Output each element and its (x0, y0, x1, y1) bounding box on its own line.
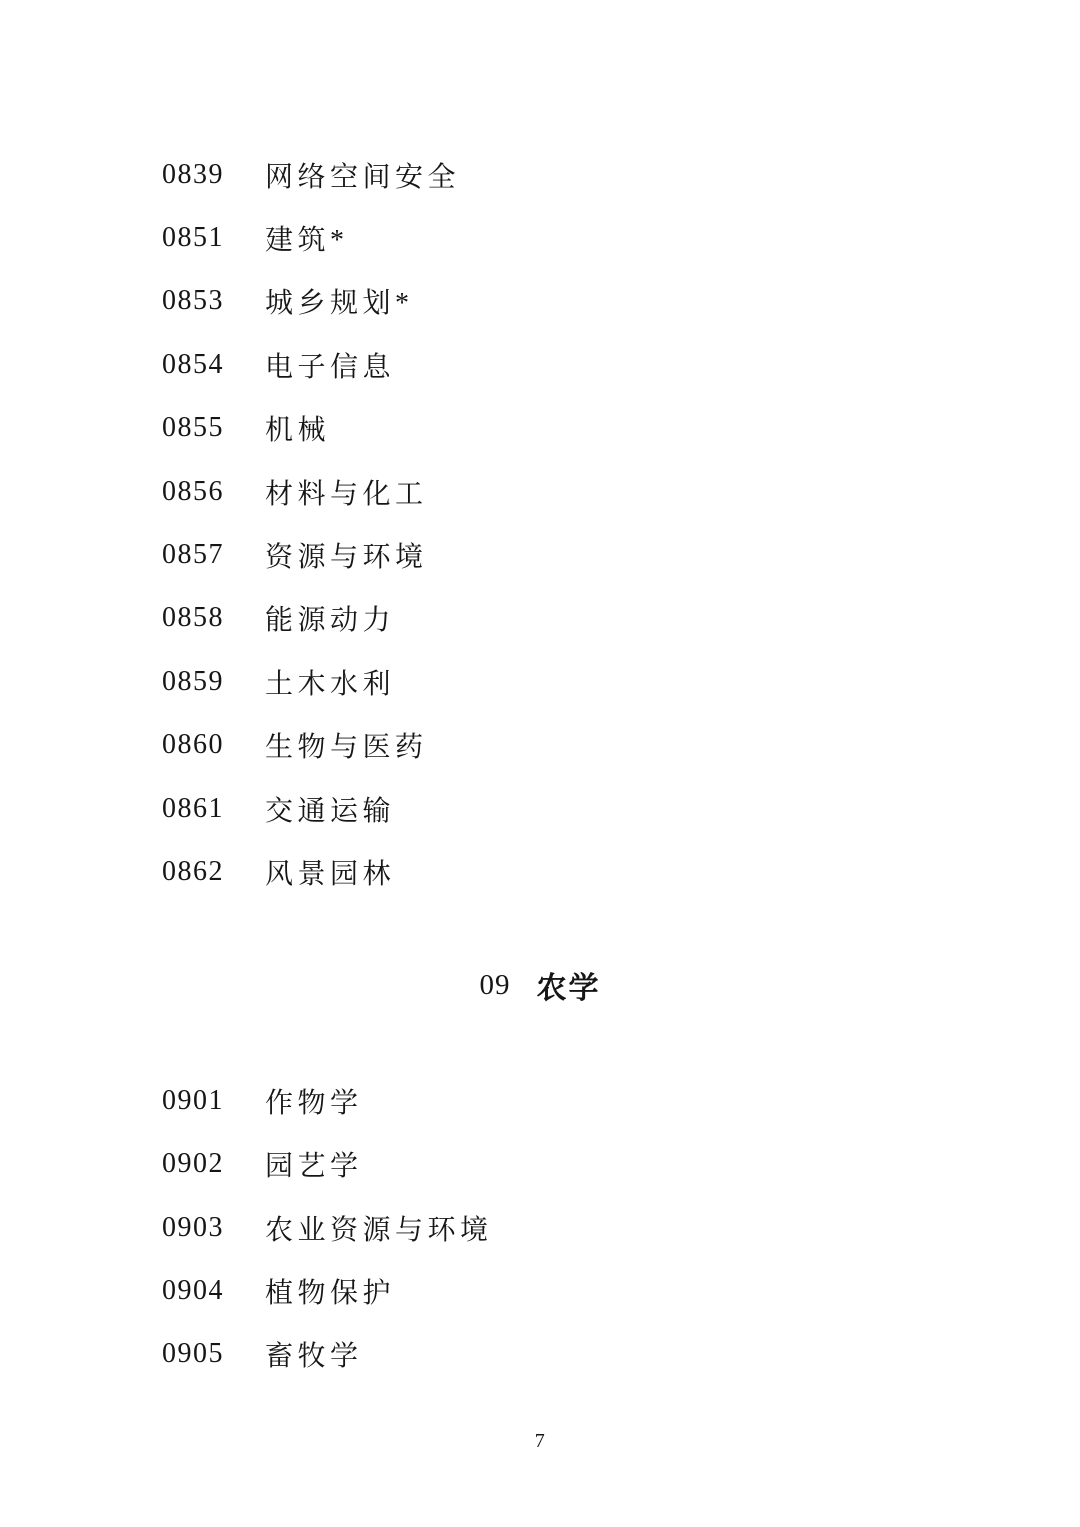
discipline-code: 0856 (162, 476, 265, 508)
discipline-code: 0857 (162, 539, 265, 571)
discipline-code: 0858 (162, 602, 265, 634)
discipline-row: 0902 园艺学 (0, 1132, 1080, 1195)
discipline-row: 0854 电子信息 (0, 333, 1080, 396)
section-heading-code: 09 (480, 969, 511, 1002)
section-heading-title: 农学 (537, 963, 601, 1007)
discipline-row: 0903 农业资源与环境 (0, 1196, 1080, 1259)
discipline-row: 0855 机械 (0, 397, 1080, 460)
discipline-title: 城乡规划* (265, 281, 414, 321)
section-heading: 09 农学 (0, 954, 1080, 1017)
discipline-title: 能源动力 (265, 598, 395, 638)
discipline-row: 0856 材料与化工 (0, 460, 1080, 523)
discipline-title: 机械 (265, 408, 330, 448)
discipline-code: 0839 (162, 159, 265, 191)
discipline-code: 0854 (162, 349, 265, 381)
discipline-title: 植物保护 (265, 1271, 395, 1311)
discipline-row: 0901 作物学 (0, 1069, 1080, 1132)
discipline-title: 生物与医药 (265, 725, 428, 765)
discipline-code: 0902 (162, 1148, 265, 1180)
discipline-code: 0904 (162, 1275, 265, 1307)
discipline-title: 农业资源与环境 (265, 1208, 493, 1248)
discipline-code: 0860 (162, 729, 265, 761)
discipline-row: 0861 交通运输 (0, 777, 1080, 840)
page-content: 0839 网络空间安全 0851 建筑* 0853 城乡规划* 0854 电子信… (0, 0, 1080, 1456)
discipline-title: 风景园林 (265, 852, 395, 892)
discipline-row: 0839 网络空间安全 (0, 143, 1080, 206)
discipline-row: 0851 建筑* (0, 206, 1080, 269)
discipline-list-09: 0901 作物学 0902 园艺学 0903 农业资源与环境 0904 植物保护… (0, 1069, 1080, 1386)
discipline-row: 0905 畜牧学 (0, 1323, 1080, 1386)
discipline-row: 0859 土木水利 (0, 650, 1080, 713)
discipline-row: 0857 资源与环境 (0, 523, 1080, 586)
discipline-title: 畜牧学 (265, 1334, 363, 1374)
discipline-code: 0859 (162, 666, 265, 698)
discipline-row: 0858 能源动力 (0, 587, 1080, 650)
discipline-code: 0851 (162, 222, 265, 254)
discipline-code: 0853 (162, 285, 265, 317)
discipline-code: 0861 (162, 793, 265, 825)
discipline-row: 0860 生物与医药 (0, 714, 1080, 777)
discipline-code: 0855 (162, 412, 265, 444)
discipline-code: 0903 (162, 1212, 265, 1244)
discipline-row: 0853 城乡规划* (0, 270, 1080, 333)
discipline-row: 0904 植物保护 (0, 1259, 1080, 1322)
discipline-title: 土木水利 (265, 662, 395, 702)
discipline-list-08: 0839 网络空间安全 0851 建筑* 0853 城乡规划* 0854 电子信… (0, 143, 1080, 904)
discipline-row: 0862 风景园林 (0, 840, 1080, 903)
discipline-code: 0905 (162, 1338, 265, 1370)
discipline-title: 网络空间安全 (265, 155, 460, 195)
discipline-title: 资源与环境 (265, 535, 428, 575)
discipline-title: 电子信息 (265, 345, 395, 385)
page-footer: 7 (0, 1426, 1080, 1456)
discipline-title: 作物学 (265, 1081, 363, 1121)
document-page: 0839 网络空间安全 0851 建筑* 0853 城乡规划* 0854 电子信… (0, 0, 1080, 1527)
discipline-title: 园艺学 (265, 1144, 363, 1184)
discipline-code: 0901 (162, 1085, 265, 1117)
page-number: 7 (535, 1430, 546, 1453)
discipline-title: 交通运输 (265, 789, 395, 829)
discipline-title: 材料与化工 (265, 472, 428, 512)
discipline-code: 0862 (162, 856, 265, 888)
discipline-title: 建筑* (265, 218, 349, 258)
